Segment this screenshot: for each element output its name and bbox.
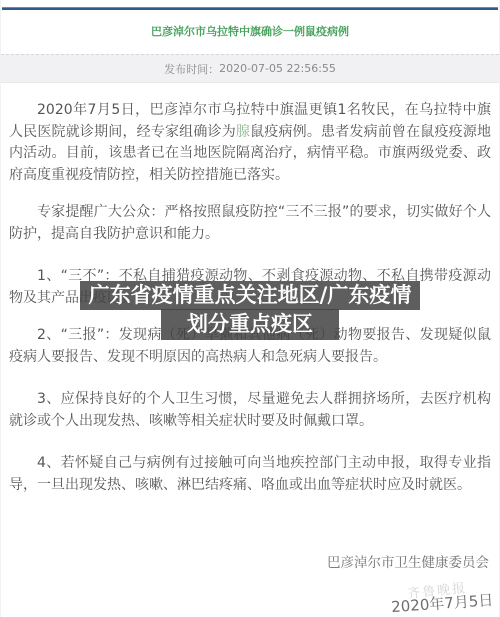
article-body: 2020年7月5日，巴彦淖尔市乌拉特中旗温更镇1名牧民，在乌拉特中旗人民医院就诊… bbox=[1, 83, 499, 496]
document-date: 2020年7月5日 bbox=[390, 589, 493, 617]
article-title: 巴彦淖尔市乌拉特中旗确诊一例鼠疫病例 bbox=[1, 23, 499, 39]
issuing-authority: 巴彦淖尔市卫生健康委员会 bbox=[327, 551, 489, 571]
paragraph-rule-4: 4、若怀疑自己与病例有过接触可向当地疾控部门主动申报，取得专业指导，一旦出现发热… bbox=[9, 453, 491, 496]
paragraph-rule-2: 2、“三报”：发现病（死）旱獭和其他病（死）动物要报告、发现疑似鼠疫病人要报告、… bbox=[9, 325, 491, 368]
highlighted-term: 腺 bbox=[236, 124, 250, 140]
paragraph-rule-3: 3、应保持良好的个人卫生习惯，尽量避免去人群拥挤场所，去医疗机构就诊或个人出现发… bbox=[9, 389, 491, 432]
paragraph-expert-reminder: 专家提醒广大公众：严格按照鼠疫防控“三不三报”的要求，切实做好个人防护，提高自我… bbox=[9, 202, 491, 245]
publish-time-bar: 发布时间：2020-07-05 22:56:55 bbox=[1, 54, 499, 83]
paragraph-rule-1: 1、“三不”：不私自捕猎疫源动物、不剥食疫源动物、不私自携带疫源动物及其产品出疫… bbox=[9, 266, 491, 309]
publish-time-value: 2020-07-05 22:56:55 bbox=[219, 62, 336, 75]
article-page: 巴彦淖尔市乌拉特中旗确诊一例鼠疫病例 发布时间：2020-07-05 22:56… bbox=[0, 0, 500, 617]
paragraph-case-report: 2020年7月5日，巴彦淖尔市乌拉特中旗温更镇1名牧民，在乌拉特中旗人民医院就诊… bbox=[9, 100, 491, 186]
top-divider-rule bbox=[2, 7, 498, 10]
publish-time-label: 发布时间： bbox=[164, 61, 219, 77]
